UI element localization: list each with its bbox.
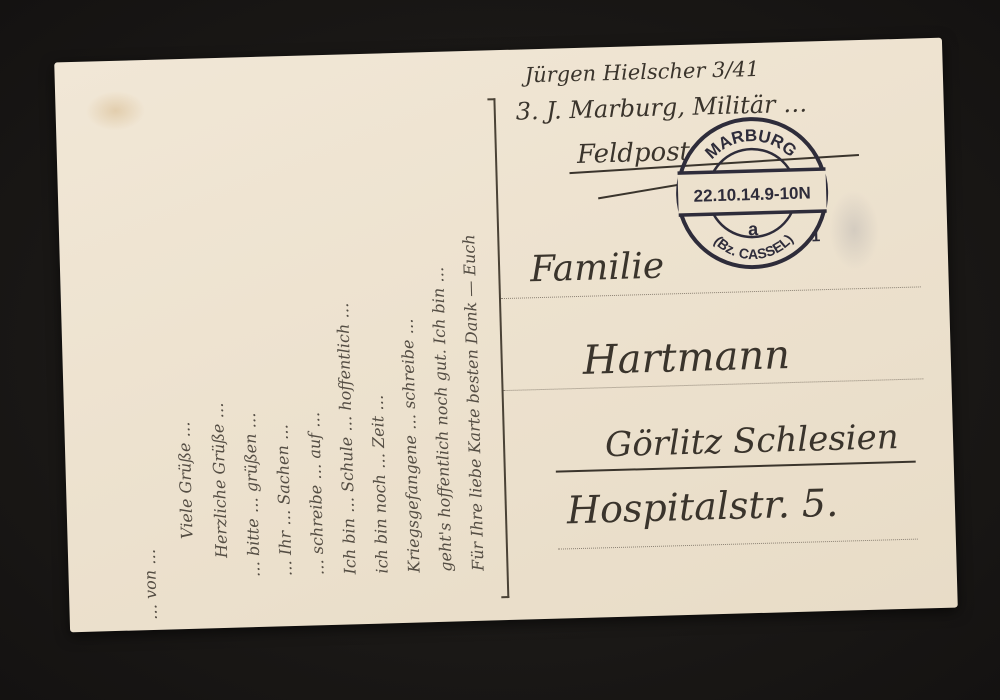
age-stain xyxy=(85,90,146,132)
message-line: Ich bin … Schule … hoffentlich … xyxy=(333,302,360,574)
faint-stamp-mark xyxy=(828,190,880,271)
message-line: … schreibe … auf … xyxy=(304,412,328,576)
postcard: Verlag: Andr. Baum, Marburg. Für Ihre li… xyxy=(54,38,958,633)
message-line: … Ihr … Sachen … xyxy=(272,424,295,577)
message-line: geht's hoffentlich noch gut. Ich bin … xyxy=(428,267,456,572)
recipient-line-2: Hartmann xyxy=(582,332,790,384)
address-dotted-line-2 xyxy=(504,378,924,391)
postmark-stamp: MARBURG 22.10.14.9-10N a (Bz. CASSEL) 1 xyxy=(670,111,834,275)
postmark-icon: MARBURG 22.10.14.9-10N a (Bz. CASSEL) 1 xyxy=(670,111,834,275)
postmark-letter: a xyxy=(748,219,760,239)
recipient-line-1: Familie xyxy=(530,246,665,291)
message-line: Herzliche Grüße … xyxy=(208,402,231,558)
message-line: … bitte … grüßen … xyxy=(240,412,264,577)
recipient-line-4: Hospitalstr. 5. xyxy=(566,481,838,533)
postmark-datetime: 22.10.14.9-10N xyxy=(693,183,811,205)
message-line: Für Ihre liebe Karte besten Dank — Euch xyxy=(459,234,487,571)
message-line: Kriegsgefangene … schreibe … xyxy=(398,318,424,573)
recipient-line-3: Görlitz Schlesien xyxy=(605,417,900,465)
address-dotted-line-3 xyxy=(558,539,918,550)
postmark-number: 1 xyxy=(811,228,820,245)
center-divider-line xyxy=(493,98,509,598)
sender-name: Jürgen Hielscher 3/41 xyxy=(524,57,759,88)
message-line: Viele Grüße … xyxy=(174,421,196,539)
message-line: ich bin noch … Zeit … xyxy=(368,395,392,574)
message-line: … von … xyxy=(140,549,161,621)
